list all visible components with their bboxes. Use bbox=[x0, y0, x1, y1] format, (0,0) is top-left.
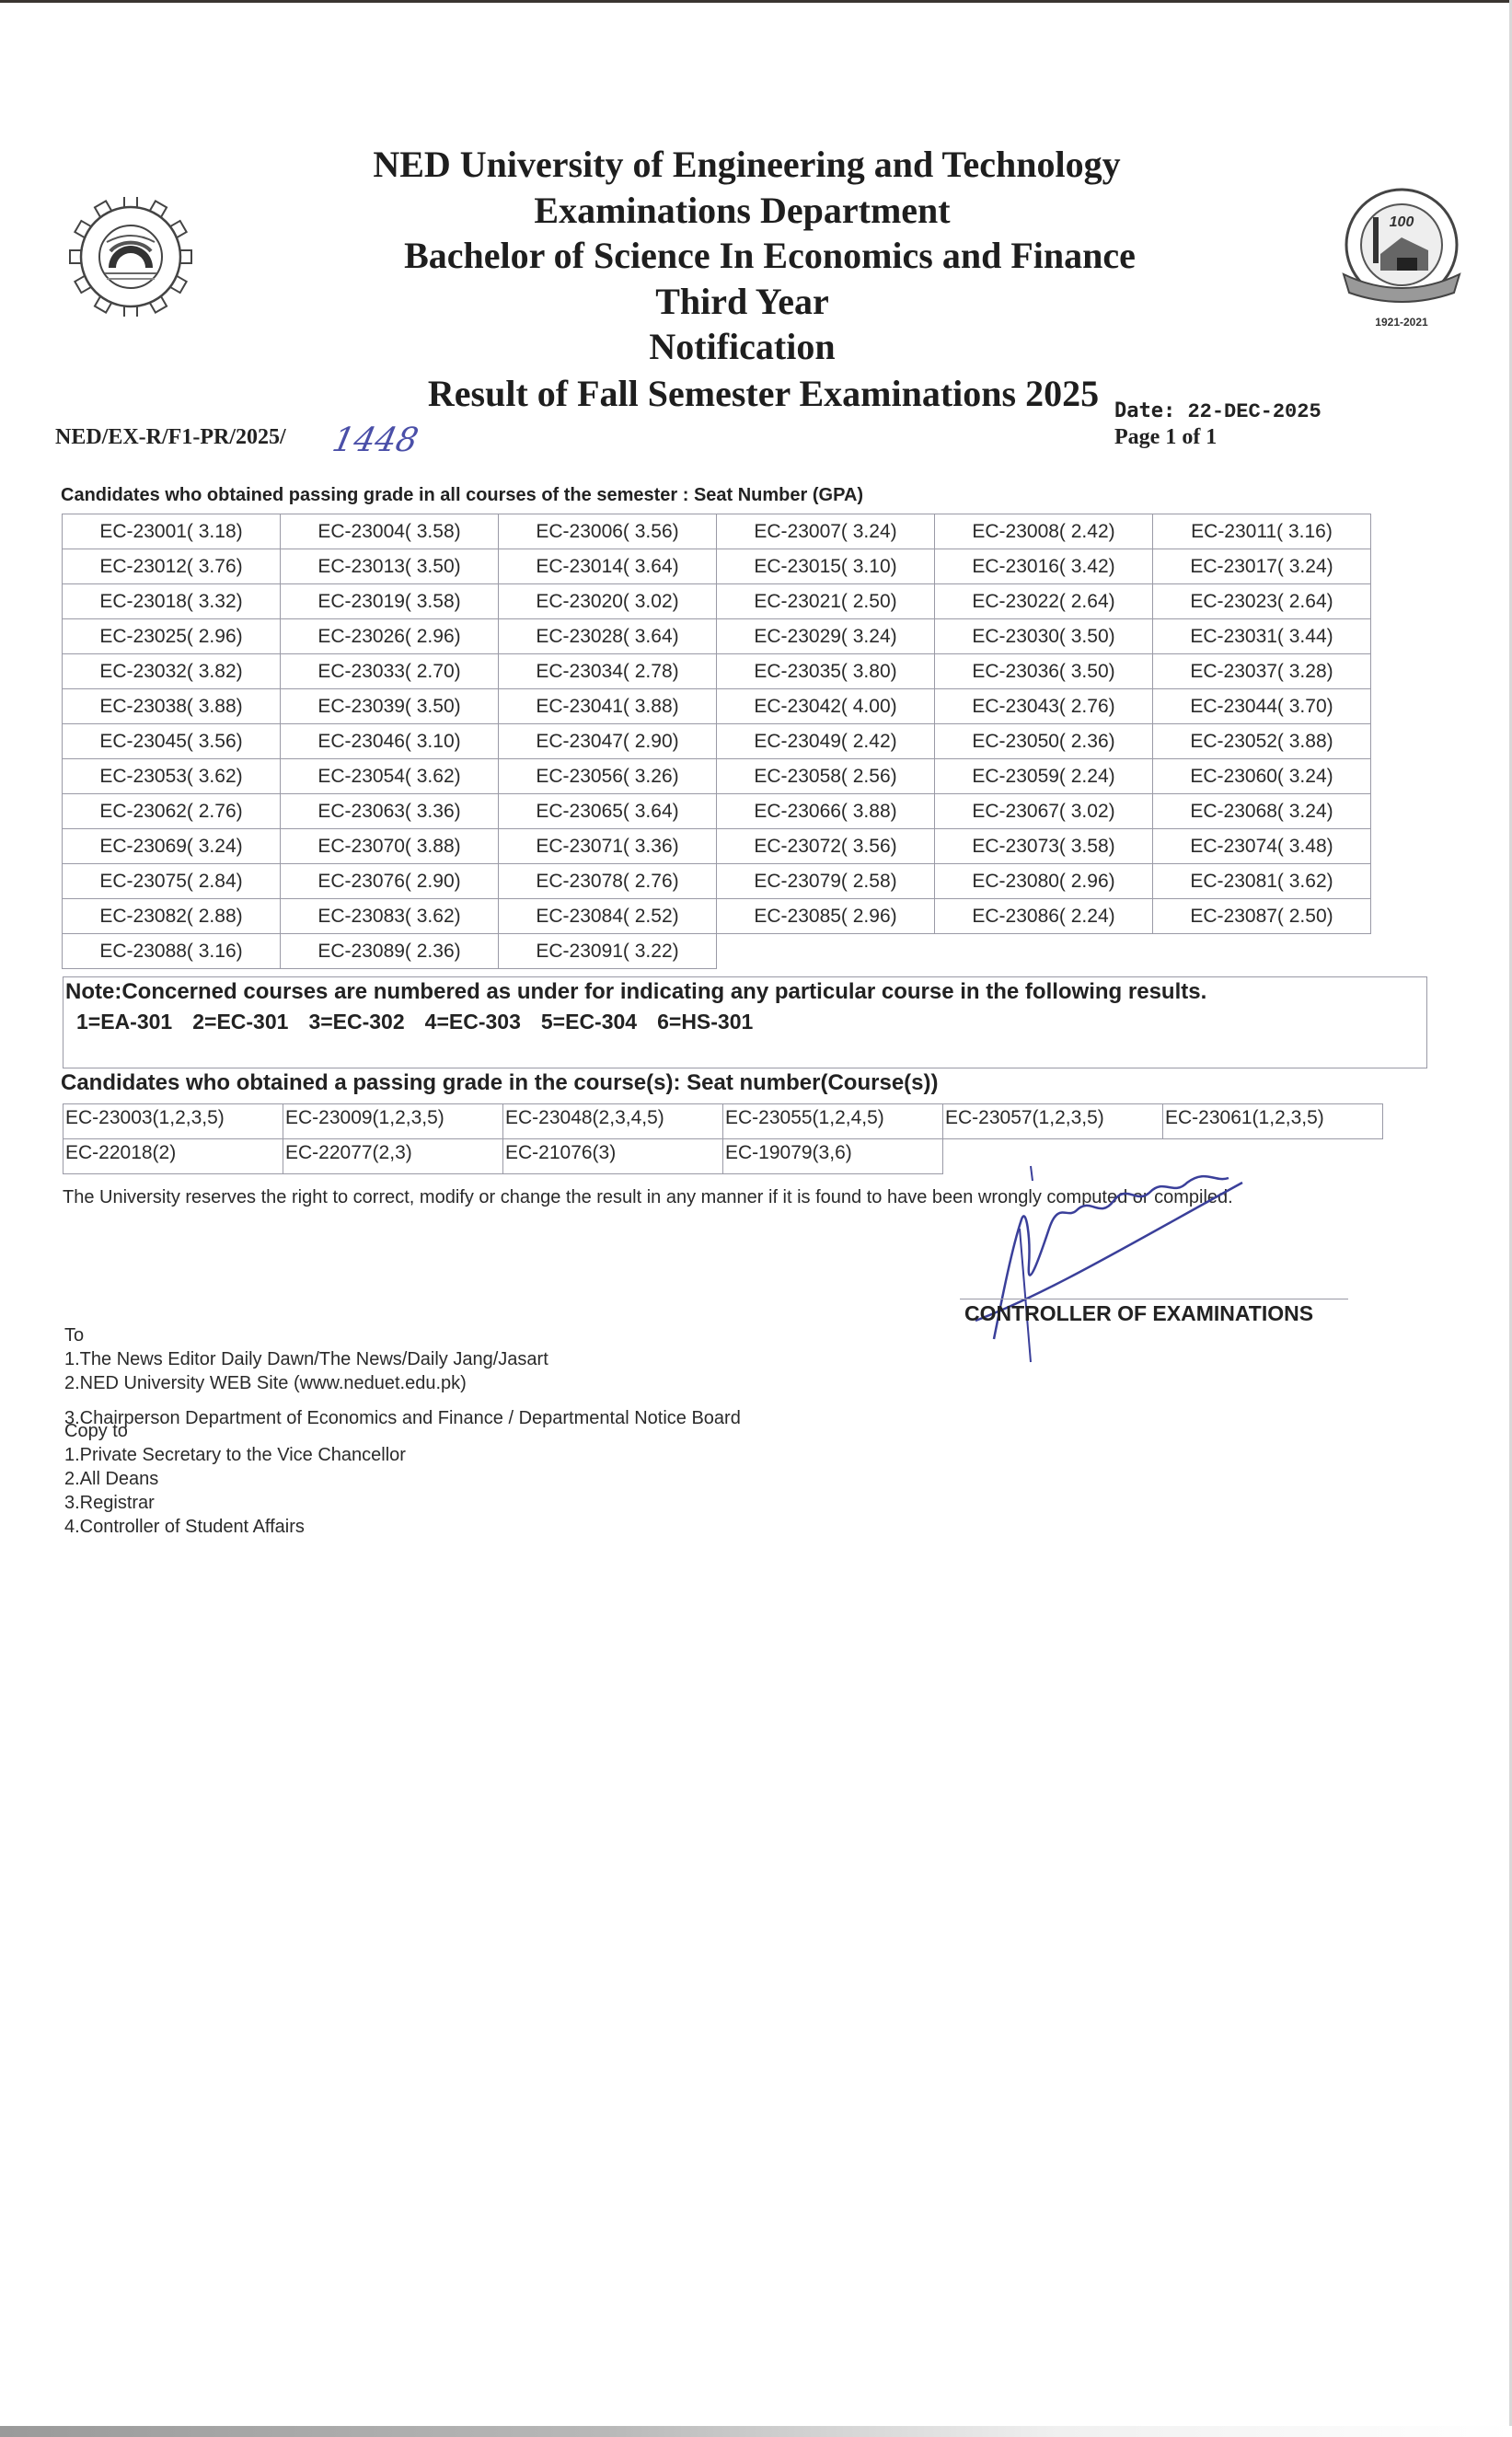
result-cell: EC-23080( 2.96) bbox=[935, 864, 1153, 899]
to-item: 3.Chairperson Department of Economics an… bbox=[64, 1408, 741, 1429]
result-cell: EC-23045( 3.56) bbox=[63, 724, 281, 759]
result-cell: EC-23071( 3.36) bbox=[499, 829, 717, 864]
table-row: EC-23038( 3.88)EC-23039( 3.50)EC-23041( … bbox=[63, 689, 1371, 724]
result-cell: EC-23013( 3.50) bbox=[281, 549, 499, 584]
result-cell: EC-23083( 3.62) bbox=[281, 899, 499, 934]
result-cell: EC-23085( 2.96) bbox=[717, 899, 935, 934]
table-row: EC-23082( 2.88)EC-23083( 3.62)EC-23084( … bbox=[63, 899, 1371, 934]
result-cell: EC-23023( 2.64) bbox=[1153, 584, 1371, 619]
result-cell: EC-23059( 2.24) bbox=[935, 759, 1153, 794]
table-row: EC-23025( 2.96)EC-23026( 2.96)EC-23028( … bbox=[63, 619, 1371, 654]
result-cell: EC-23060( 3.24) bbox=[1153, 759, 1371, 794]
result-cell: EC-23043( 2.76) bbox=[935, 689, 1153, 724]
result-cell: EC-23017( 3.24) bbox=[1153, 549, 1371, 584]
result-cell: EC-23070( 3.88) bbox=[281, 829, 499, 864]
result-cell: EC-23004( 3.58) bbox=[281, 514, 499, 549]
result-cell: EC-22077(2,3) bbox=[283, 1139, 503, 1174]
course-key-item: 4=EC-303 bbox=[425, 1010, 521, 1034]
university-name: NED University of Engineering and Techno… bbox=[0, 143, 1503, 187]
result-cell: EC-23049( 2.42) bbox=[717, 724, 935, 759]
result-cell: EC-23007( 3.24) bbox=[717, 514, 935, 549]
date-label: Date: bbox=[1114, 399, 1175, 422]
result-cell: EC-23046( 3.10) bbox=[281, 724, 499, 759]
result-cell: EC-23029( 3.24) bbox=[717, 619, 935, 654]
result-cell: EC-23028( 3.64) bbox=[499, 619, 717, 654]
copy-item: 4.Controller of Student Affairs bbox=[64, 1517, 305, 1538]
course-key-item: 2=EC-301 bbox=[192, 1010, 288, 1034]
table-row: EC-23045( 3.56)EC-23046( 3.10)EC-23047( … bbox=[63, 724, 1371, 759]
document-type: Notification bbox=[0, 325, 1498, 369]
result-cell: EC-23079( 2.58) bbox=[717, 864, 935, 899]
result-cell: EC-23041( 3.88) bbox=[499, 689, 717, 724]
result-cell: EC-23087( 2.50) bbox=[1153, 899, 1371, 934]
result-cell: EC-23022( 2.64) bbox=[935, 584, 1153, 619]
signature-line bbox=[960, 1299, 1348, 1299]
result-cell: EC-23044( 3.70) bbox=[1153, 689, 1371, 724]
passed-courses-heading: Candidates who obtained a passing grade … bbox=[61, 1070, 938, 1096]
result-cell: EC-23012( 3.76) bbox=[63, 549, 281, 584]
empty-cell bbox=[935, 934, 1153, 969]
table-row: EC-23053( 3.62)EC-23054( 3.62)EC-23056( … bbox=[63, 759, 1371, 794]
result-cell: EC-23019( 3.58) bbox=[281, 584, 499, 619]
year-label: Third Year bbox=[0, 280, 1498, 324]
result-cell: EC-23073( 3.58) bbox=[935, 829, 1153, 864]
result-cell: EC-23082( 2.88) bbox=[63, 899, 281, 934]
result-cell: EC-23067( 3.02) bbox=[935, 794, 1153, 829]
table-row: EC-23003(1,2,3,5)EC-23009(1,2,3,5)EC-230… bbox=[63, 1104, 1383, 1139]
result-cell: EC-23081( 3.62) bbox=[1153, 864, 1371, 899]
result-cell: EC-23056( 3.26) bbox=[499, 759, 717, 794]
result-cell: EC-23091( 3.22) bbox=[499, 934, 717, 969]
result-cell: EC-23025( 2.96) bbox=[63, 619, 281, 654]
result-cell: EC-23088( 3.16) bbox=[63, 934, 281, 969]
result-cell: EC-23052( 3.88) bbox=[1153, 724, 1371, 759]
result-cell: EC-23015( 3.10) bbox=[717, 549, 935, 584]
result-cell: EC-23021( 2.50) bbox=[717, 584, 935, 619]
result-cell: EC-23037( 3.28) bbox=[1153, 654, 1371, 689]
passed-all-heading: Candidates who obtained passing grade in… bbox=[61, 485, 863, 506]
result-cell: EC-23069( 3.24) bbox=[63, 829, 281, 864]
result-cell: EC-23053( 3.62) bbox=[63, 759, 281, 794]
result-cell: EC-19079(3,6) bbox=[723, 1139, 943, 1174]
scan-edge-top bbox=[0, 0, 1512, 3]
result-cell: EC-23033( 2.70) bbox=[281, 654, 499, 689]
copy-item: 3.Registrar bbox=[64, 1493, 155, 1514]
result-cell: EC-23068( 3.24) bbox=[1153, 794, 1371, 829]
result-cell: EC-23032( 3.82) bbox=[63, 654, 281, 689]
result-cell: EC-23063( 3.36) bbox=[281, 794, 499, 829]
result-cell: EC-23089( 2.36) bbox=[281, 934, 499, 969]
result-cell: EC-23086( 2.24) bbox=[935, 899, 1153, 934]
result-cell: EC-23014( 3.64) bbox=[499, 549, 717, 584]
result-cell: EC-23048(2,3,4,5) bbox=[503, 1104, 723, 1139]
result-cell: EC-23061(1,2,3,5) bbox=[1163, 1104, 1383, 1139]
empty-cell bbox=[717, 934, 935, 969]
result-cell: EC-23008( 2.42) bbox=[935, 514, 1153, 549]
result-cell: EC-23009(1,2,3,5) bbox=[283, 1104, 503, 1139]
table-row: EC-23075( 2.84)EC-23076( 2.90)EC-23078( … bbox=[63, 864, 1371, 899]
result-cell: EC-23066( 3.88) bbox=[717, 794, 935, 829]
copy-item: 1.Private Secretary to the Vice Chancell… bbox=[64, 1445, 406, 1466]
result-cell: EC-23078( 2.76) bbox=[499, 864, 717, 899]
result-cell: EC-21076(3) bbox=[503, 1139, 723, 1174]
result-cell: EC-23072( 3.56) bbox=[717, 829, 935, 864]
result-cell: EC-23047( 2.90) bbox=[499, 724, 717, 759]
note-title: Note:Concerned courses are numbered as u… bbox=[65, 979, 1206, 1005]
table-row: EC-23062( 2.76)EC-23063( 3.36)EC-23065( … bbox=[63, 794, 1371, 829]
date-value: 22-DEC-2025 bbox=[1187, 400, 1321, 423]
result-cell: EC-23018( 3.32) bbox=[63, 584, 281, 619]
course-key-item: 6=HS-301 bbox=[657, 1010, 753, 1034]
program-name: Bachelor of Science In Economics and Fin… bbox=[14, 234, 1512, 278]
table-row: EC-23001( 3.18)EC-23004( 3.58)EC-23006( … bbox=[63, 514, 1371, 549]
to-item: 1.The News Editor Daily Dawn/The News/Da… bbox=[64, 1349, 548, 1370]
result-cell: EC-23062( 2.76) bbox=[63, 794, 281, 829]
page-number: Page 1 of 1 bbox=[1114, 425, 1217, 450]
result-cell: EC-23001( 3.18) bbox=[63, 514, 281, 549]
result-cell: EC-23036( 3.50) bbox=[935, 654, 1153, 689]
course-key-item: 3=EC-302 bbox=[308, 1010, 404, 1034]
result-cell: EC-23057(1,2,3,5) bbox=[943, 1104, 1163, 1139]
course-key-note: Note:Concerned courses are numbered as u… bbox=[63, 976, 1427, 1068]
course-key-list: 1=EA-3012=EC-3013=EC-3024=EC-3035=EC-304… bbox=[76, 1010, 773, 1034]
empty-cell bbox=[1153, 934, 1371, 969]
result-cell: EC-23003(1,2,3,5) bbox=[63, 1104, 283, 1139]
result-cell: EC-23030( 3.50) bbox=[935, 619, 1153, 654]
to-label: To bbox=[64, 1325, 84, 1346]
result-cell: EC-23016( 3.42) bbox=[935, 549, 1153, 584]
result-cell: EC-23011( 3.16) bbox=[1153, 514, 1371, 549]
to-item: 2.NED University WEB Site (www.neduet.ed… bbox=[64, 1373, 467, 1394]
reference-number: NED/EX-R/F1-PR/2025/ bbox=[55, 425, 286, 450]
signature-icon bbox=[939, 1164, 1288, 1367]
result-cell: EC-23042( 4.00) bbox=[717, 689, 935, 724]
table-row: EC-23012( 3.76)EC-23013( 3.50)EC-23014( … bbox=[63, 549, 1371, 584]
result-cell: EC-23020( 3.02) bbox=[499, 584, 717, 619]
result-cell: EC-23055(1,2,4,5) bbox=[723, 1104, 943, 1139]
table-row: EC-23069( 3.24)EC-23070( 3.88)EC-23071( … bbox=[63, 829, 1371, 864]
result-cell: EC-23039( 3.50) bbox=[281, 689, 499, 724]
result-cell: EC-23054( 3.62) bbox=[281, 759, 499, 794]
copy-to-label: Copy to bbox=[64, 1421, 128, 1442]
scan-edge-bottom bbox=[0, 2426, 1512, 2437]
result-cell: EC-23084( 2.52) bbox=[499, 899, 717, 934]
department-name: Examinations Department bbox=[0, 189, 1498, 233]
handwritten-reference-number: 1448 bbox=[329, 422, 421, 459]
gpa-results-table: EC-23001( 3.18)EC-23004( 3.58)EC-23006( … bbox=[62, 514, 1371, 969]
result-cell: EC-23058( 2.56) bbox=[717, 759, 935, 794]
copy-item: 2.All Deans bbox=[64, 1469, 158, 1490]
result-cell: EC-23050( 2.36) bbox=[935, 724, 1153, 759]
result-cell: EC-23038( 3.88) bbox=[63, 689, 281, 724]
result-cell: EC-23006( 3.56) bbox=[499, 514, 717, 549]
course-key-item: 1=EA-301 bbox=[76, 1010, 172, 1034]
result-cell: EC-23031( 3.44) bbox=[1153, 619, 1371, 654]
table-row: EC-23018( 3.32)EC-23019( 3.58)EC-23020( … bbox=[63, 584, 1371, 619]
issue-date: Date: 22-DEC-2025 bbox=[1114, 399, 1322, 423]
result-cell: EC-23035( 3.80) bbox=[717, 654, 935, 689]
table-row: EC-23032( 3.82)EC-23033( 2.70)EC-23034( … bbox=[63, 654, 1371, 689]
result-cell: EC-23074( 3.48) bbox=[1153, 829, 1371, 864]
result-cell: EC-22018(2) bbox=[63, 1139, 283, 1174]
result-cell: EC-23076( 2.90) bbox=[281, 864, 499, 899]
result-cell: EC-23026( 2.96) bbox=[281, 619, 499, 654]
result-cell: EC-23034( 2.78) bbox=[499, 654, 717, 689]
result-cell: EC-23075( 2.84) bbox=[63, 864, 281, 899]
result-cell: EC-23065( 3.64) bbox=[499, 794, 717, 829]
table-row: EC-23088( 3.16)EC-23089( 2.36)EC-23091( … bbox=[63, 934, 1371, 969]
signatory-title: CONTROLLER OF EXAMINATIONS bbox=[964, 1301, 1313, 1326]
course-key-item: 5=EC-304 bbox=[541, 1010, 637, 1034]
